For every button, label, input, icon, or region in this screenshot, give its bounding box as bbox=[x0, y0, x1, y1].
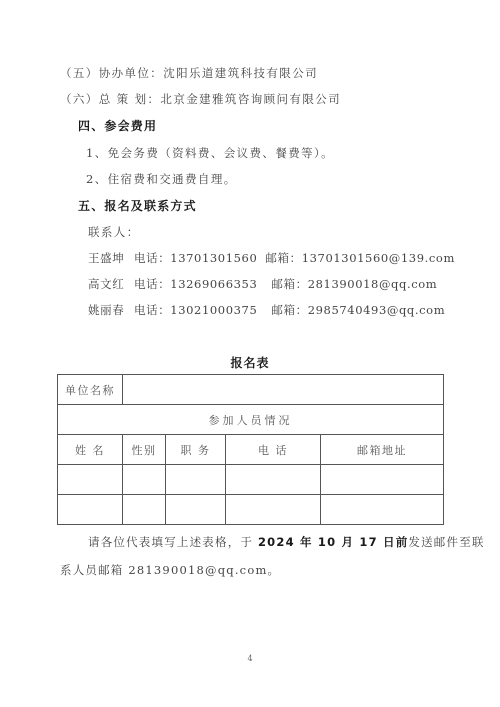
cell-email[interactable] bbox=[321, 495, 444, 525]
col-header-email: 邮箱地址 bbox=[321, 435, 444, 465]
contact-row: 姚丽春电话：13021000375邮箱：2985740493@qq.com bbox=[88, 302, 445, 318]
cell-name[interactable] bbox=[58, 495, 123, 525]
column-header-row: 姓 名 性别 职 务 电 话 邮箱地址 bbox=[58, 435, 444, 465]
planner-line: （六）总 策 划：北京金建雅筑咨询顾问有限公司 bbox=[60, 91, 341, 107]
participants-header-row: 参加人员情况 bbox=[58, 405, 444, 435]
contact-email: 邮箱：13701301560@139.com bbox=[265, 251, 455, 265]
cell-name[interactable] bbox=[58, 465, 123, 495]
contact-name: 王盛坤 bbox=[88, 250, 134, 266]
cell-email[interactable] bbox=[321, 465, 444, 495]
section-registration-heading: 五、报名及联系方式 bbox=[78, 198, 197, 214]
contact-phone: 电话：13269066353 bbox=[134, 276, 257, 292]
unit-label: 单位名称 bbox=[58, 375, 123, 405]
cell-gender[interactable] bbox=[123, 495, 166, 525]
cell-position[interactable] bbox=[166, 495, 226, 525]
fee-item-1: 1、免会务费（资料费、会议费、餐费等）。 bbox=[86, 145, 334, 161]
contact-email: 邮箱：2985740493@qq.com bbox=[271, 303, 445, 317]
form-title: 报名表 bbox=[0, 354, 500, 371]
instruction-suffix: 发送邮件至联 bbox=[408, 535, 484, 549]
contact-phone: 电话：13021000375 bbox=[134, 302, 257, 318]
planner-label: （六）总 策 划： bbox=[60, 92, 160, 106]
cell-phone[interactable] bbox=[226, 465, 321, 495]
contacts-label: 联系人： bbox=[88, 224, 140, 240]
submission-instruction-line1: 请各位代表填写上述表格，于 2024 年 10 月 17 日前发送邮件至联 bbox=[88, 534, 485, 550]
contact-email: 邮箱：281390018@qq.com bbox=[271, 277, 437, 291]
contact-name: 高文红 bbox=[88, 276, 134, 292]
col-header-phone: 电 话 bbox=[226, 435, 321, 465]
co-organizer-line: （五）协办单位：沈阳乐道建筑科技有限公司 bbox=[60, 65, 318, 81]
contact-phone: 电话：13701301560 bbox=[134, 250, 257, 266]
unit-name-field[interactable] bbox=[123, 375, 444, 405]
page-number: 4 bbox=[0, 654, 500, 663]
participants-label: 参加人员情况 bbox=[58, 405, 444, 435]
cell-phone[interactable] bbox=[226, 495, 321, 525]
table-row bbox=[58, 465, 444, 495]
cell-gender[interactable] bbox=[123, 465, 166, 495]
col-header-gender: 性别 bbox=[123, 435, 166, 465]
contact-row: 高文红电话：13269066353邮箱：281390018@qq.com bbox=[88, 276, 437, 292]
co-organizer-label: （五）协办单位： bbox=[60, 66, 163, 80]
table-row bbox=[58, 495, 444, 525]
section-fees-heading: 四、参会费用 bbox=[78, 118, 157, 134]
fee-item-2: 2、住宿费和交通费自理。 bbox=[86, 171, 237, 187]
registration-form-table: 单位名称 参加人员情况 姓 名 性别 职 务 电 话 邮箱地址 bbox=[57, 374, 444, 525]
col-header-position: 职 务 bbox=[166, 435, 226, 465]
cell-position[interactable] bbox=[166, 465, 226, 495]
contact-name: 姚丽春 bbox=[88, 302, 134, 318]
planner-value: 北京金建雅筑咨询顾问有限公司 bbox=[160, 92, 341, 106]
instruction-prefix: 请各位代表填写上述表格，于 bbox=[88, 535, 258, 549]
unit-row: 单位名称 bbox=[58, 375, 444, 405]
deadline-date: 2024 年 10 月 17 日前 bbox=[258, 535, 408, 549]
co-organizer-value: 沈阳乐道建筑科技有限公司 bbox=[163, 66, 318, 80]
col-header-name: 姓 名 bbox=[58, 435, 123, 465]
contact-row: 王盛坤电话：13701301560邮箱：13701301560@139.com bbox=[88, 250, 455, 266]
submission-instruction-line2: 系人员邮箱 281390018@qq.com。 bbox=[60, 562, 280, 578]
